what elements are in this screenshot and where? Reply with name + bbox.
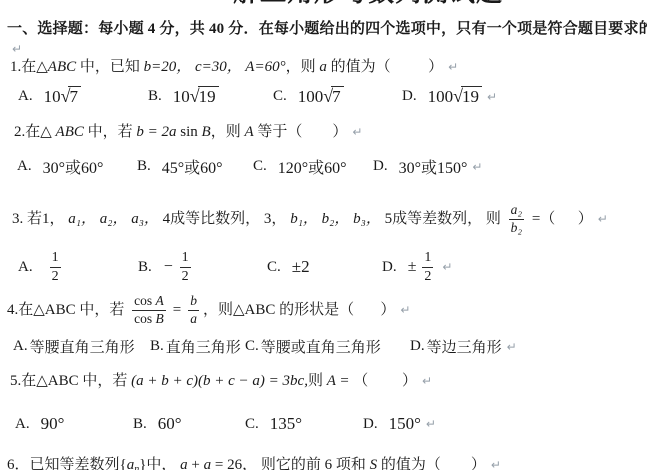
option-sign: − xyxy=(163,258,174,276)
function-name: cos xyxy=(134,293,155,308)
option-a: A.30°或60° xyxy=(17,155,103,178)
math-segment: A = xyxy=(327,373,354,389)
option-d: D.±12↵ xyxy=(382,246,452,288)
question-4-options: A.等腰直角三角形 B.直角三角形 C.等腰或直角三角形 D.等边三角形↵ xyxy=(0,336,647,356)
denominator: 2 xyxy=(422,267,433,286)
numerator: 1 xyxy=(50,249,61,267)
option-label: A. xyxy=(17,158,32,175)
option-c: C.等腰或直角三角形 xyxy=(245,336,381,357)
section-header: 一、选择题：每小题 4 分，共 40 分．在每小题给出的四个选项中，只有一个项是… xyxy=(7,19,647,60)
math-segment: B xyxy=(198,124,211,140)
option-label: D. xyxy=(373,158,388,175)
paragraph-mark: ↵ xyxy=(491,458,501,470)
paragraph-mark: ↵ xyxy=(487,90,497,104)
fraction: a₂b₂ xyxy=(509,202,524,237)
text-segment: 等于（ ） xyxy=(254,124,348,140)
option-value: 150° xyxy=(389,414,421,434)
option-label: C. xyxy=(253,158,267,175)
paragraph-mark: ↵ xyxy=(508,0,519,4)
text-segment: 4.在△ABC 中，若 xyxy=(7,300,128,320)
text-segment: }中， xyxy=(139,457,180,470)
math-segment: S xyxy=(370,457,378,470)
option-value: 30°或150° xyxy=(399,155,468,178)
option-value: 30°或60° xyxy=(43,155,104,178)
fraction: 12 xyxy=(180,249,191,285)
option-value: 45°或60° xyxy=(162,155,223,178)
option-label: B. xyxy=(150,338,164,355)
option-c: C.100√7 xyxy=(273,86,344,107)
question-3-stem: 3. 若1， a₁， a₂， a₃， 4成等比数列， 3， b₁， b₂， b₃… xyxy=(12,198,608,240)
text-segment: 2.在△ xyxy=(14,124,56,140)
paragraph-mark: ↵ xyxy=(400,302,410,318)
paragraph-mark: ↵ xyxy=(422,374,432,388)
question-4-stem: 4.在△ABC 中，若 cos Acos B=ba，则△ABC 的形状是（ ）↵ xyxy=(7,290,410,330)
denominator: cos B xyxy=(132,310,166,328)
option-value: 10 xyxy=(173,87,190,107)
fraction: cos Acos B xyxy=(132,293,166,328)
option-value: 10 xyxy=(44,87,61,107)
math-segment: a xyxy=(319,59,327,75)
option-a: A.12 xyxy=(18,246,65,288)
numerator: b xyxy=(188,293,199,310)
option-label: A. xyxy=(15,416,30,433)
fraction: ba xyxy=(188,293,199,328)
function-name: cos xyxy=(134,311,155,326)
paragraph-mark: ↵ xyxy=(507,340,517,354)
section-header-text: 一、选择题：每小题 4 分，共 40 分．在每小题给出的四个选项中，只有一个项是… xyxy=(7,21,647,37)
math-segment: A xyxy=(156,293,164,308)
math-segment: b=20， c=30， A=60° xyxy=(144,59,286,75)
question-3-options: A.12 B.−12 C.±2 D.±12↵ xyxy=(0,246,647,288)
paragraph-mark: ↵ xyxy=(12,42,22,56)
text-segment: 4成等比数列， 3， xyxy=(159,209,290,229)
option-value: 90° xyxy=(41,414,65,434)
option-d: D.等边三角形↵ xyxy=(410,336,517,357)
paragraph-mark: ↵ xyxy=(426,417,436,431)
option-label: A. xyxy=(18,259,33,276)
question-5-options: A.90° B.60° C.135° D.150°↵ xyxy=(0,414,647,436)
option-label: B. xyxy=(138,259,152,276)
option-value: ±2 xyxy=(292,257,310,277)
math-segment: a₁， a₂， a₃， xyxy=(68,209,159,229)
option-value: 100 xyxy=(298,87,324,107)
option-a: A.10√7 xyxy=(18,86,81,107)
option-label: B. xyxy=(137,158,151,175)
text-segment: ，则 xyxy=(286,59,320,75)
denominator: 2 xyxy=(180,267,191,286)
text-segment: 5.在△ABC 中，若 xyxy=(10,373,131,389)
function-name: sin xyxy=(180,124,198,140)
option-label: B. xyxy=(148,88,162,105)
text-segment: 中，已知 xyxy=(76,59,144,75)
option-label: C. xyxy=(245,338,259,355)
option-a: A.等腰直角三角形 xyxy=(13,336,135,357)
paragraph-mark: ↵ xyxy=(442,260,452,274)
option-value: 60° xyxy=(158,414,182,434)
math-segment: B xyxy=(156,311,164,326)
text-segment: 中，若 xyxy=(84,124,137,140)
text-segment: 3. 若1， xyxy=(12,209,68,229)
text-segment: ，则△ABC 的形状是（ ） xyxy=(203,300,395,320)
question-2-options: A.30°或60° B.45°或60° C.120°或60° D.30°或150… xyxy=(0,155,647,177)
option-label: A. xyxy=(13,338,28,355)
fraction: 12 xyxy=(422,249,433,285)
option-b: B.45°或60° xyxy=(137,155,223,178)
math-segment: A xyxy=(244,124,253,140)
option-label: C. xyxy=(245,416,259,433)
option-sign: ± xyxy=(408,258,417,276)
option-b: B.直角三角形 xyxy=(150,336,241,357)
option-value: 120°或60° xyxy=(278,155,347,178)
option-value: 135° xyxy=(270,414,302,434)
option-c: C.±2 xyxy=(267,246,310,288)
option-b: B.−12 xyxy=(138,246,195,288)
text-segment: 1.在△ xyxy=(10,59,48,75)
denominator: 2 xyxy=(50,267,61,286)
math-segment: a xyxy=(180,457,188,470)
option-value: 等边三角形 xyxy=(427,336,502,357)
text-segment: （ ） xyxy=(353,373,417,389)
math-segment: ABC xyxy=(48,59,76,75)
numerator: 1 xyxy=(422,249,433,267)
math-segment: (a + b + c)(b + c − a) = 3bc, xyxy=(131,373,308,389)
fraction: 12 xyxy=(50,249,61,285)
text-segment: 则它的前 6 项和 xyxy=(261,457,370,470)
option-label: D. xyxy=(363,416,378,433)
text-segment: 5成等差数列， 则 xyxy=(381,209,505,229)
numerator: a₂ xyxy=(509,202,524,219)
option-c: C.120°或60° xyxy=(253,155,347,178)
option-d: D.100√19↵ xyxy=(402,86,497,107)
option-value: 等腰或直角三角形 xyxy=(261,336,381,357)
option-value: 等腰直角三角形 xyxy=(30,336,135,357)
denominator: b₂ xyxy=(509,219,524,237)
text-segment: = 26， xyxy=(211,457,261,470)
math-segment: b₁， b₂， b₃， xyxy=(290,209,381,229)
option-label: D. xyxy=(410,338,425,355)
math-segment: b = 2a xyxy=(136,124,180,140)
clipped-document-title: 解三角形与数列测试题↵ xyxy=(233,0,519,6)
math-segment: a xyxy=(204,457,212,470)
paragraph-mark: ↵ xyxy=(352,125,362,139)
plus-sign: + xyxy=(188,457,204,470)
option-b: B.60° xyxy=(133,414,182,434)
option-label: B. xyxy=(133,416,147,433)
equals-sign: = xyxy=(173,300,181,320)
option-label: D. xyxy=(402,88,417,105)
option-d: D.150°↵ xyxy=(363,414,436,434)
question-5-stem: 5.在△ABC 中，若 (a + b + c)(b + c − a) = 3bc… xyxy=(10,371,432,391)
question-1-options: A.10√7 B.10√19 C.100√7 D.100√19↵ xyxy=(0,86,647,110)
radicand: 19 xyxy=(461,86,482,107)
paragraph-mark: ↵ xyxy=(598,211,608,227)
text-segment: 6．已知等差数列{ xyxy=(7,457,127,470)
math-segment: ABC xyxy=(56,124,84,140)
numerator: cos A xyxy=(132,293,166,310)
option-label: A. xyxy=(18,88,33,105)
option-c: C.135° xyxy=(245,414,302,434)
paragraph-mark: ↵ xyxy=(472,160,482,174)
numerator: 1 xyxy=(180,249,191,267)
question-1-stem: 1.在△ABC 中，已知 b=20， c=30， A=60°，则 a 的值为（ … xyxy=(10,57,458,77)
document-page: 解三角形与数列测试题↵ 一、选择题：每小题 4 分，共 40 分．在每小题给出的… xyxy=(0,0,647,470)
option-d: D.30°或150°↵ xyxy=(373,155,482,178)
option-label: C. xyxy=(273,88,287,105)
paragraph-mark: ↵ xyxy=(448,60,458,74)
radicand: 19 xyxy=(198,86,219,107)
radicand: 7 xyxy=(68,86,81,107)
title-text: 解三角形与数列测试题 xyxy=(233,0,503,7)
option-b: B.10√19 xyxy=(148,86,219,107)
question-6-stem: 6．已知等差数列{an}中， a + a = 26， 则它的前 6 项和 S 的… xyxy=(7,455,501,470)
option-a: A.90° xyxy=(15,414,64,434)
text-segment: 则 xyxy=(308,373,327,389)
text-segment: 的值为（ ） xyxy=(327,59,443,75)
text-segment: 的值为（ ） xyxy=(377,457,486,470)
option-label: D. xyxy=(382,259,397,276)
option-label: C. xyxy=(267,259,281,276)
text-segment: =（ ） xyxy=(528,209,593,229)
text-segment: ，则 xyxy=(211,124,245,140)
radicand: 7 xyxy=(331,86,344,107)
question-2-stem: 2.在△ ABC 中，若 b = 2a sin B，则 A 等于（ ）↵ xyxy=(14,122,362,142)
option-value: 直角三角形 xyxy=(166,336,241,357)
denominator: a xyxy=(188,310,199,328)
option-value: 100 xyxy=(428,87,454,107)
